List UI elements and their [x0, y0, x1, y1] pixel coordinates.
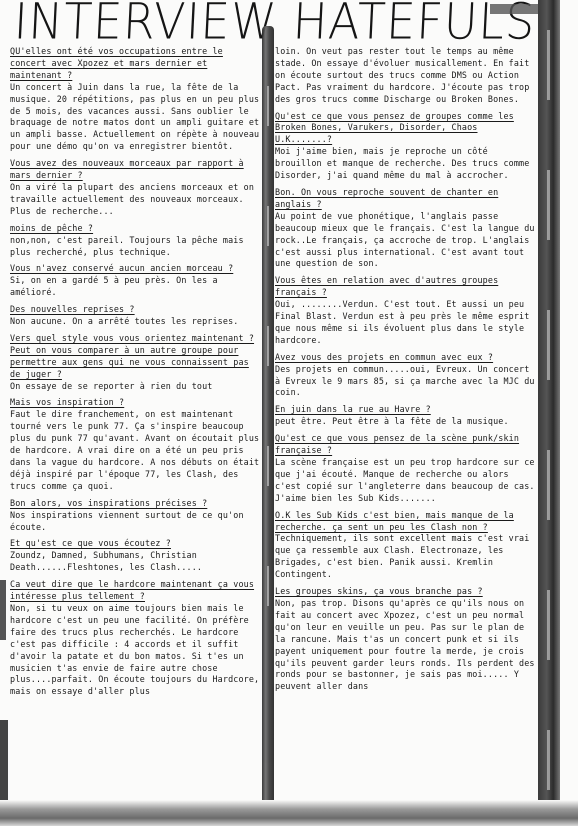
interview-answer: Un concert à Juin dans la rue, la fête d…: [10, 82, 264, 153]
interview-question: Et qu'est ce que vous écoutez ?: [10, 538, 171, 548]
interview-question: Vous êtes en relation avec d'autres grou…: [275, 275, 498, 297]
interview-qa-block: Vous n'avez conservé aucun ancien morcea…: [10, 263, 264, 299]
interview-answer: Faut le dire franchement, on est mainten…: [10, 409, 264, 492]
photocopy-edge-left-mid: [0, 580, 6, 640]
interview-qa-block: Des nouvelles reprises ?Non aucune. On a…: [10, 304, 264, 328]
interview-qa-block: O.K les Sub Kids c'est bien, mais manque…: [275, 510, 535, 581]
interview-question: Des nouvelles reprises ?: [10, 304, 135, 314]
interview-answer: Zoundz, Damned, Subhumans, Christian Dea…: [10, 550, 264, 574]
interview-question: Avez vous des projets en commun avec eux…: [275, 352, 493, 362]
interview-question: Les groupes skins, ça vous branche pas ?: [275, 586, 483, 596]
interview-answer: peut être. Peut être à la fête de la mus…: [275, 416, 535, 428]
interview-answer: Non aucune. On a arrêté toutes les repri…: [10, 316, 264, 328]
interview-answer: Moi j'aime bien, mais je reproche un côt…: [275, 146, 535, 182]
interview-qa-block: Qu'est ce que vous pensez de groupes com…: [275, 111, 535, 182]
interview-answer: Nos inspirations viennent surtout de ce …: [10, 510, 264, 534]
interview-qa-block: QU'elles ont été vos occupations entre l…: [10, 46, 264, 153]
zine-page: INTERVIEW HATEFULS QU'elles ont été vos …: [0, 0, 578, 826]
photocopy-edge-bottom: [0, 800, 578, 826]
interview-answer: On a viré la plupart des anciens morceau…: [10, 182, 264, 218]
interview-question: Vers quel style vous vous orientez maint…: [10, 333, 254, 379]
interview-question: Bon. On vous reproche souvent de chanter…: [275, 187, 498, 209]
interview-qa-block: Avez vous des projets en commun avec eux…: [275, 352, 535, 400]
interview-question: Vous avez des nouveaux morceaux par rapp…: [10, 158, 244, 180]
interview-qa-block: Vers quel style vous vous orientez maint…: [10, 333, 264, 393]
right-column: loin. On veut pas rester tout le temps a…: [275, 46, 535, 698]
interview-qa-block: Bon alors, vos inspirations précises ?No…: [10, 498, 264, 534]
interview-answer: Des projets en commun.....oui, Evreux. U…: [275, 364, 535, 400]
interview-answer: Au point de vue phonétique, l'anglais pa…: [275, 211, 535, 271]
interview-question: O.K les Sub Kids c'est bien, mais manque…: [275, 510, 514, 532]
interview-answer: Non, si tu veux on aime toujours bien ma…: [10, 603, 264, 698]
page-title: INTERVIEW HATEFULS: [14, 0, 534, 48]
interview-qa-block: loin. On veut pas rester tout le temps a…: [275, 46, 535, 106]
interview-answer: Oui, ........Verdun. C'est tout. Et auss…: [275, 299, 535, 347]
interview-question: Qu'est ce que vous pensez de groupes com…: [275, 111, 514, 145]
interview-question: Mais vos inspiration ?: [10, 397, 124, 407]
interview-qa-block: moins de pêche ?non,non, c'est pareil. T…: [10, 223, 264, 259]
interview-qa-block: Vous avez des nouveaux morceaux par rapp…: [10, 158, 264, 218]
interview-question: En juin dans la rue au Havre ?: [275, 404, 431, 414]
title-text: INTERVIEW HATEFULS: [13, 0, 537, 48]
interview-answer: Si, on en a gardé 5 à peu près. On les a…: [10, 275, 264, 299]
left-column: QU'elles ont été vos occupations entre l…: [10, 46, 264, 703]
photocopy-edge-right: [538, 0, 560, 826]
interview-answer: La scène française est un peu trop hardc…: [275, 457, 535, 505]
interview-answer: loin. On veut pas rester tout le temps a…: [275, 46, 535, 106]
interview-question: QU'elles ont été vos occupations entre l…: [10, 46, 223, 80]
interview-qa-block: Ca veut dire que le hardcore maintenant …: [10, 579, 264, 698]
interview-qa-block: Vous êtes en relation avec d'autres grou…: [275, 275, 535, 346]
interview-qa-block: Qu'est ce que vous pensez de la scène pu…: [275, 433, 535, 504]
interview-answer: Non, pas trop. Disons qu'après ce qu'ils…: [275, 598, 535, 693]
interview-question: Ca veut dire que le hardcore maintenant …: [10, 579, 254, 601]
interview-question: Bon alors, vos inspirations précises ?: [10, 498, 207, 508]
interview-answer: On essaye de se reporter à rien du tout: [10, 381, 264, 393]
interview-qa-block: Et qu'est ce que vous écoutez ?Zoundz, D…: [10, 538, 264, 574]
interview-qa-block: En juin dans la rue au Havre ?peut être.…: [275, 404, 535, 428]
interview-qa-block: Mais vos inspiration ?Faut le dire franc…: [10, 397, 264, 492]
interview-question: Qu'est ce que vous pensez de la scène pu…: [275, 433, 519, 455]
interview-question: Vous n'avez conservé aucun ancien morcea…: [10, 263, 233, 273]
interview-qa-block: Les groupes skins, ça vous branche pas ?…: [275, 586, 535, 693]
interview-qa-block: Bon. On vous reproche souvent de chanter…: [275, 187, 535, 270]
interview-answer: non,non, c'est pareil. Toujours la pêche…: [10, 235, 264, 259]
interview-question: moins de pêche ?: [10, 223, 93, 233]
interview-answer: Techniquement, ils sont excellent mais c…: [275, 533, 535, 581]
